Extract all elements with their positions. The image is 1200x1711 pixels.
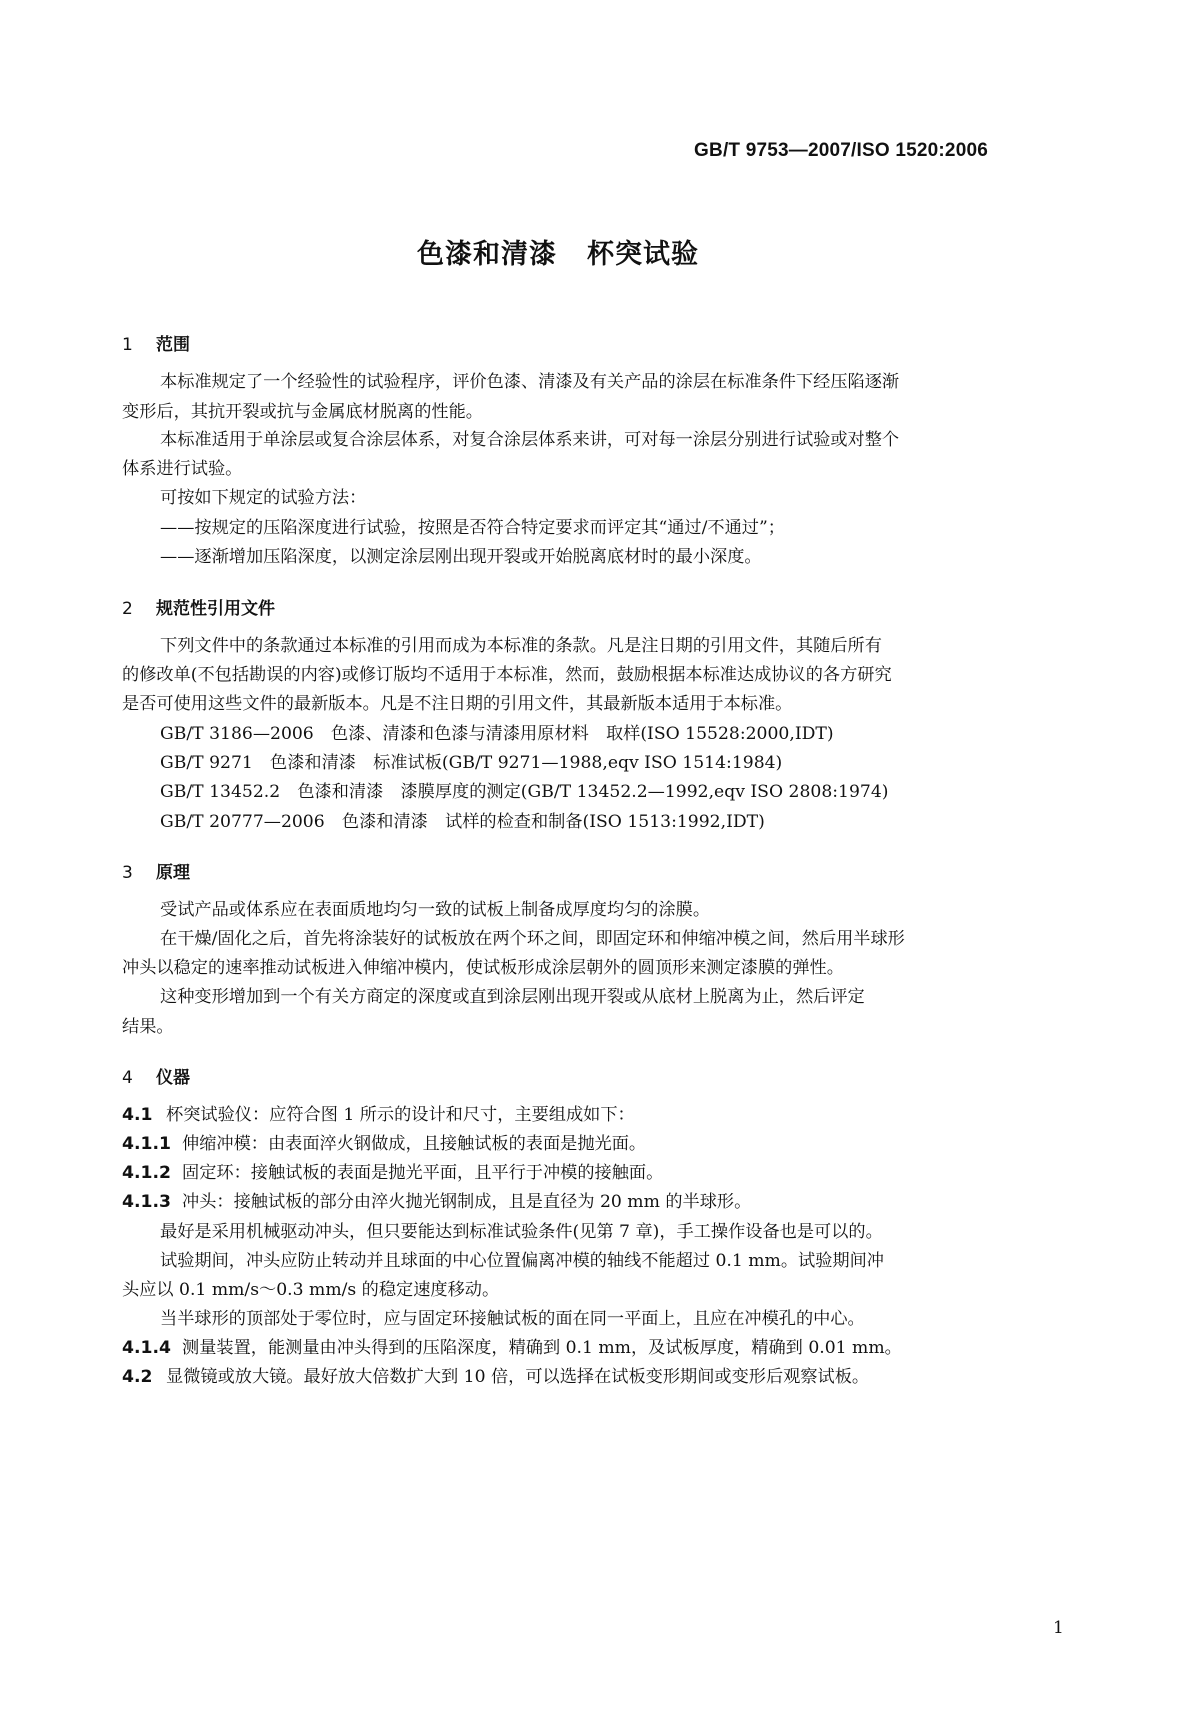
section-1-list-item: ——按规定的压陷深度进行试验，按照是否符合特定要求而评定其“通过/不通过”；: [160, 520, 785, 537]
reference-item: GB/T 20777—2006 色漆和清漆 试样的检查和制备(ISO 1513:…: [160, 814, 765, 831]
section-1-list-item: ——逐渐增加压陷深度，以测定涂层刚出现开裂或开始脱离底材时的最小深度。: [160, 549, 762, 566]
title-part-2: 杯突试验: [587, 239, 699, 270]
section-4-heading: 4仪器: [122, 1063, 190, 1088]
clause-4-2: 4.2显微镜或放大镜。最好放大倍数扩大到 10 倍，可以选择在试板变形期间或变形…: [122, 1369, 869, 1386]
section-2-text: 下列文件中的条款通过本标准的引用而成为本标准的条款。凡是注日期的引用文件，其随后…: [160, 638, 882, 655]
section-2-heading: 2规范性引用文件: [122, 594, 275, 619]
clause-paragraph: 试验期间，冲头应防止转动并且球面的中心位置偏离冲模的轴线不能超过 0.1 mm。…: [160, 1253, 884, 1270]
section-3-heading: 3原理: [122, 858, 190, 883]
section-2-text: 是否可使用这些文件的最新版本。凡是不注日期的引用文件，其最新版本适用于本标准。: [122, 696, 792, 713]
section-2-text: 的修改单(不包括勘误的内容)或修订版均不适用于本标准，然而，鼓励根据本标准达成协…: [122, 667, 892, 684]
section-1-text: 体系进行试验。: [122, 461, 242, 478]
page-number: 1: [1053, 1618, 1064, 1638]
standard-code: GB/T 9753—2007/ISO 1520:2006: [694, 140, 988, 162]
section-1-text: 可按如下规定的试验方法：: [160, 490, 366, 507]
section-3-text: 冲头以稳定的速率推动试板进入伸缩冲模内，使试板形成涂层朝外的圆顶形来测定漆膜的弹…: [122, 960, 844, 977]
clause-4-1-4: 4.1.4测量装置，能测量由冲头得到的压陷深度，精确到 0.1 mm，及试板厚度…: [122, 1340, 902, 1357]
reference-item: GB/T 9271 色漆和清漆 标准试板(GB/T 9271—1988,eqv …: [160, 755, 782, 772]
section-3-text: 在干燥/固化之后，首先将涂装好的试板放在两个环之间，即固定环和伸缩冲模之间，然后…: [160, 931, 905, 948]
clause-paragraph: 当半球形的顶部处于零位时，应与固定环接触试板的面在同一平面上，且应在冲模孔的中心…: [160, 1311, 865, 1328]
section-1-text: 变形后，其抗开裂或抗与金属底材脱离的性能。: [122, 404, 483, 421]
document-title: 色漆和清漆杯突试验: [0, 232, 1116, 271]
clause-paragraph: 最好是采用机械驱动冲头，但只要能达到标准试验条件(见第 7 章)，手工操作设备也…: [160, 1224, 883, 1241]
clause-4-1-1: 4.1.1伸缩冲模：由表面淬火钢做成，且接触试板的表面是抛光面。: [122, 1136, 646, 1153]
section-1-heading: 1范围: [122, 330, 190, 355]
clause-4-1-3: 4.1.3冲头：接触试板的部分由淬火抛光钢制成，且是直径为 20 mm 的半球形…: [122, 1194, 751, 1211]
reference-item: GB/T 13452.2 色漆和清漆 漆膜厚度的测定(GB/T 13452.2—…: [160, 784, 889, 801]
reference-item: GB/T 3186—2006 色漆、清漆和色漆与清漆用原材料 取样(ISO 15…: [160, 726, 834, 743]
section-1-text: 本标准适用于单涂层或复合涂层体系，对复合涂层体系来讲，可对每一涂层分别进行试验或…: [160, 432, 899, 449]
clause-paragraph: 头应以 0.1 mm/s～0.3 mm/s 的稳定速度移动。: [122, 1282, 499, 1299]
clause-4-1-2: 4.1.2固定环：接触试板的表面是抛光平面，且平行于冲模的接触面。: [122, 1165, 663, 1182]
section-3-text: 受试产品或体系应在表面质地均匀一致的试板上制备成厚度均匀的涂膜。: [160, 902, 710, 919]
section-3-text: 这种变形增加到一个有关方商定的深度或直到涂层刚出现开裂或从底材上脱离为止，然后评…: [160, 989, 865, 1006]
section-3-text: 结果。: [122, 1019, 174, 1036]
clause-4-1: 4.1杯突试验仪：应符合图 1 所示的设计和尺寸，主要组成如下：: [122, 1107, 635, 1124]
section-1-text: 本标准规定了一个经验性的试验程序，评价色漆、清漆及有关产品的涂层在标准条件下经压…: [160, 374, 899, 391]
title-part-1: 色漆和清漆: [417, 239, 557, 270]
